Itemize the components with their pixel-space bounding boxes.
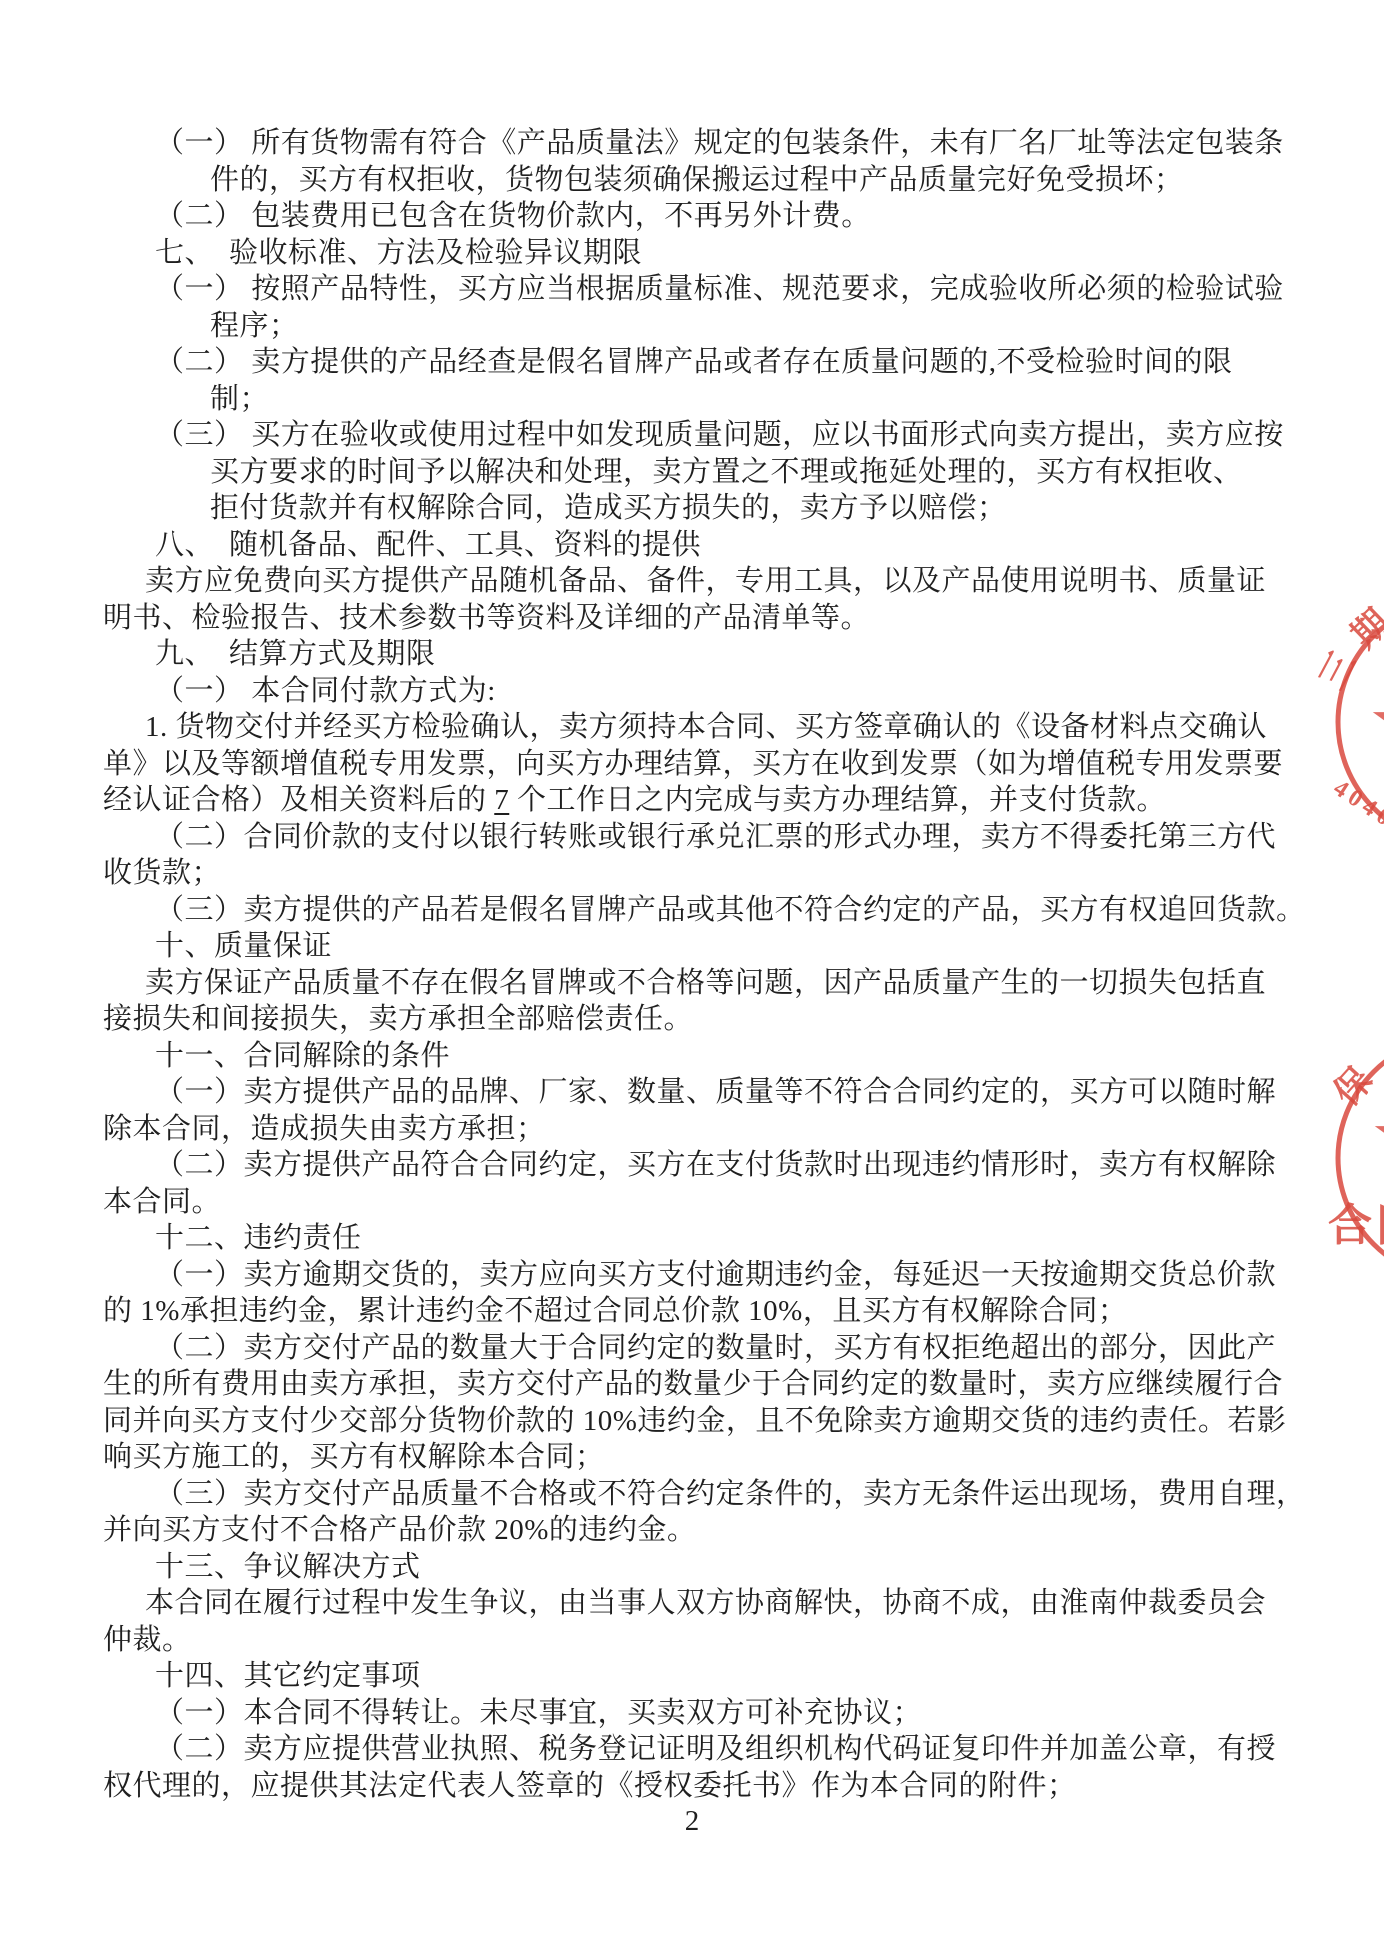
text-line: 并向买方支付不合格产品价款 20%的违约金。 [103, 1512, 1384, 1549]
text-line: 1. 货物交付并经买方检验确认，卖方须持本合同、买方签章确认的《设备材料点交确认 [145, 709, 1384, 746]
text-line: （一）卖方提供产品的品牌、厂家、数量、质量等不符合合同约定的，买方可以随时解 [155, 1074, 1384, 1111]
text-line: （一）本合同不得转让。未尽事宜，买卖双方可补充协议； [155, 1695, 1384, 1732]
text-line: （三）卖方交付产品质量不合格或不符合约定条件的，卖方无条件运出现场，费用自理， [155, 1476, 1384, 1513]
underlined-value: 7 [494, 784, 509, 816]
text-line: 除本合同，造成损失由卖方承担； [103, 1111, 1384, 1148]
text-line: 权代理的，应提供其法定代表人签章的《授权委托书》作为本合同的附件； [103, 1768, 1384, 1805]
text-line: 接损失和间接损失，卖方承担全部赔偿责任。 [103, 1001, 1384, 1038]
text-line: 十三、争议解决方式 [155, 1549, 1384, 1586]
text-line: （二）卖方应提供营业执照、税务登记证明及组织机构代码证复印件并加盖公章，有授 [155, 1731, 1384, 1768]
text-line: 卖方应免费向买方提供产品随机备品、备件，专用工具，以及产品使用说明书、质量证 [145, 563, 1384, 600]
text-line: 仲裁。 [103, 1622, 1384, 1659]
contract-body: （一） 所有货物需有符合《产品质量法》规定的包装条件，未有厂名厂址等法定包装条件… [0, 0, 1384, 1804]
text-line: 十四、其它约定事项 [155, 1658, 1384, 1695]
text-line: 十一、合同解除的条件 [155, 1038, 1384, 1075]
text-line: 本合同在履行过程中发生争议，由当事人双方协商解快，协商不成，由淮南仲裁委员会 [145, 1585, 1384, 1622]
text-line: 十二、违约责任 [155, 1220, 1384, 1257]
text-line: 程序； [210, 308, 1384, 345]
text-line: （一） 所有货物需有符合《产品质量法》规定的包装条件，未有厂名厂址等法定包装条 [155, 125, 1384, 162]
text-segment: 个工作日之内完成与卖方办理结算，并支付货款。 [509, 784, 1166, 816]
text-line: 拒付货款并有权解除合同，造成买方损失的，卖方予以赔偿； [210, 490, 1384, 527]
text-line: 的 1%承担违约金，累计违约金不超过合同总价款 10%，且买方有权解除合同； [103, 1293, 1384, 1330]
text-line: （一）卖方逾期交货的，卖方应向买方支付逾期违约金，每延迟一天按逾期交货总价款 [155, 1257, 1384, 1294]
text-line: 九、 结算方式及期限 [155, 636, 1384, 673]
text-line: 同并向买方支付少交部分货物价款的 10%违约金，且不免除卖方逾期交货的违约责任。… [103, 1403, 1384, 1440]
text-line: 单》以及等额增值税专用发票，向买方办理结算，买方在收到发票（如为增值税专用发票要 [103, 746, 1384, 783]
text-segment: 经认证合格）及相关资料后的 [103, 784, 494, 816]
text-line: 收货款； [103, 855, 1384, 892]
text-line: 件的，买方有权拒收，货物包装须确保搬运过程中产品质量完好免受损坏； [210, 162, 1384, 199]
text-line: 制； [210, 381, 1384, 418]
text-line: （三） 买方在验收或使用过程中如发现质量问题，应以书面形式向卖方提出，卖方应按 [155, 417, 1384, 454]
text-line: （一） 本合同付款方式为: [155, 673, 1384, 710]
text-line: （二） 包装费用已包含在货物价款内，不再另外计费。 [155, 198, 1384, 235]
document-page: （一） 所有货物需有符合《产品质量法》规定的包装条件，未有厂名厂址等法定包装条件… [0, 0, 1384, 1957]
text-line: 经认证合格）及相关资料后的 7 个工作日之内完成与卖方办理结算，并支付货款。 [103, 782, 1384, 819]
text-line: （二） 卖方提供的产品经查是假名冒牌产品或者存在质量问题的,不受检验时间的限 [155, 344, 1384, 381]
text-line: （一） 按照产品特性，买方应当根据质量标准、规范要求，完成验收所必须的检验试验 [155, 271, 1384, 308]
text-line: 八、 随机备品、配件、工具、资料的提供 [155, 527, 1384, 564]
page-number: 2 [0, 1805, 1384, 1838]
text-line: 生的所有费用由卖方承担，卖方交付产品的数量少于合同约定的数量时，卖方应继续履行合 [103, 1366, 1384, 1403]
text-line: 买方要求的时间予以解决和处理，卖方置之不理或拖延处理的，买方有权拒收、 [210, 454, 1384, 491]
text-line: 本合同。 [103, 1184, 1384, 1221]
text-line: 明书、检验报告、技术参数书等资料及详细的产品清单等。 [103, 600, 1384, 637]
text-line: 七、 验收标准、方法及检验异议期限 [155, 235, 1384, 272]
text-line: （二）卖方交付产品的数量大于合同约定的数量时，买方有权拒绝超出的部分，因此产 [155, 1330, 1384, 1367]
text-line: （三）卖方提供的产品若是假名冒牌产品或其他不符合约定的产品，买方有权追回货款。 [155, 892, 1384, 929]
text-line: 卖方保证产品质量不存在假名冒牌或不合格等问题，因产品质量产生的一切损失包括直 [145, 965, 1384, 1002]
text-line: 响买方施工的，买方有权解除本合同； [103, 1439, 1384, 1476]
text-line: （二）卖方提供产品符合合同约定，买方在支付货款时出现违约情形时，卖方有权解除 [155, 1147, 1384, 1184]
text-line: 十、质量保证 [155, 928, 1384, 965]
text-line: （二）合同价款的支付以银行转账或银行承兑汇票的形式办理，卖方不得委托第三方代 [155, 819, 1384, 856]
